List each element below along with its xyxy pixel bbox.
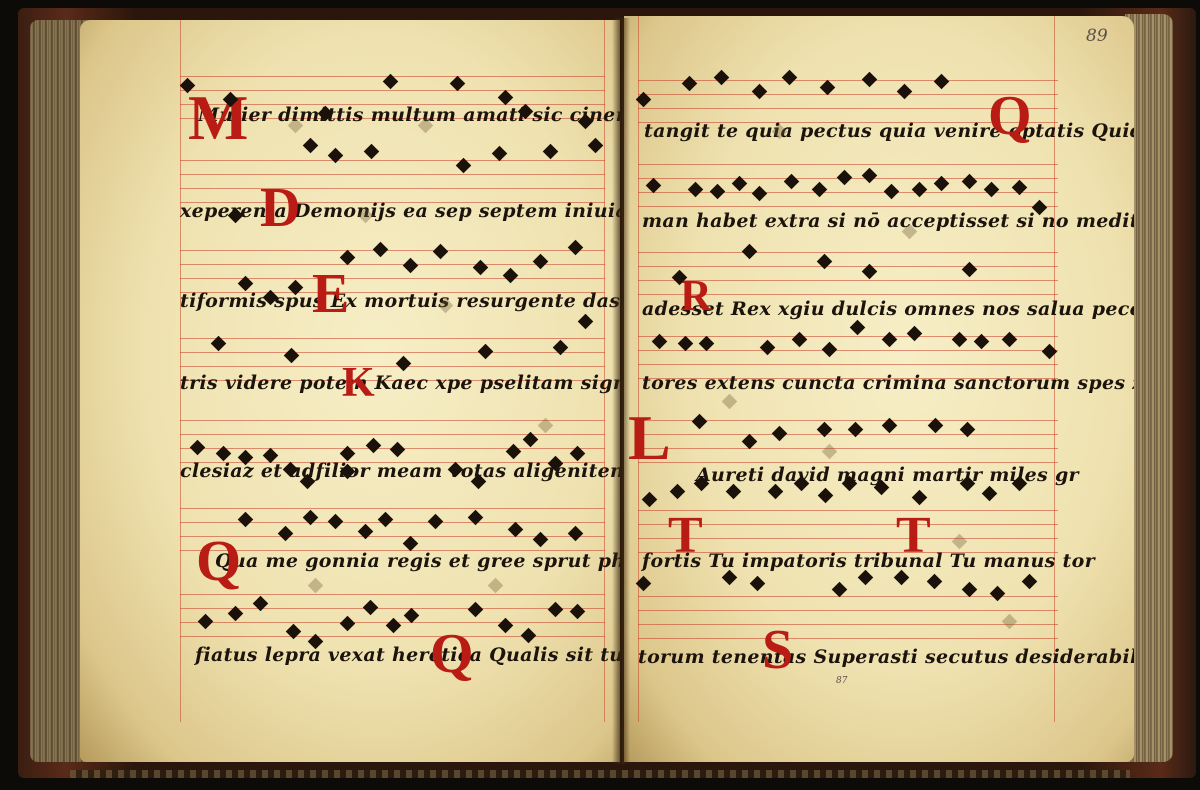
neume bbox=[792, 332, 808, 348]
rubricated-initial-k: K bbox=[342, 362, 375, 404]
neume bbox=[548, 602, 564, 618]
neume bbox=[468, 602, 484, 618]
neume bbox=[1002, 332, 1018, 348]
margin-rule bbox=[180, 20, 181, 722]
neume bbox=[433, 244, 449, 260]
neume bbox=[714, 70, 730, 86]
neume bbox=[498, 618, 514, 634]
staff-line bbox=[180, 636, 605, 637]
neume bbox=[710, 184, 726, 200]
staff-line bbox=[180, 188, 605, 189]
neume bbox=[862, 72, 878, 88]
neume bbox=[396, 356, 412, 372]
staff-line bbox=[638, 336, 1058, 337]
staff-line bbox=[180, 174, 605, 175]
neume bbox=[726, 484, 742, 500]
rubricated-initial-t: T bbox=[668, 510, 703, 562]
neume bbox=[962, 174, 978, 190]
book-gutter bbox=[612, 18, 630, 764]
neume bbox=[768, 484, 784, 500]
staff-line bbox=[638, 266, 1058, 267]
neume bbox=[784, 174, 800, 190]
neume bbox=[521, 628, 537, 644]
text-line: Qua me gonnia regis et gree sprut pharis… bbox=[215, 550, 620, 572]
text-line: fortis Tu impatoris tribunal Tu manus to… bbox=[642, 550, 1095, 572]
staff-line bbox=[638, 610, 1058, 611]
neume bbox=[373, 242, 389, 258]
neume bbox=[688, 182, 704, 198]
neume bbox=[588, 138, 604, 154]
rubricated-initial-d: D bbox=[260, 180, 300, 236]
neume bbox=[990, 586, 1006, 602]
neume bbox=[568, 526, 584, 542]
neume bbox=[1022, 574, 1038, 590]
neume bbox=[508, 522, 524, 538]
neume bbox=[404, 608, 420, 624]
staff-line bbox=[180, 352, 605, 353]
staff-line bbox=[638, 462, 1058, 463]
neume bbox=[533, 254, 549, 270]
neume bbox=[492, 146, 508, 162]
rubricated-initial-t: T bbox=[896, 510, 931, 562]
staff-line bbox=[180, 594, 605, 595]
staff-line bbox=[180, 338, 605, 339]
neume bbox=[678, 336, 694, 352]
text-line: torum tenentas Superasti secutus desider… bbox=[638, 646, 1134, 668]
rubricated-initial-r: R bbox=[680, 274, 712, 318]
neume bbox=[882, 332, 898, 348]
rubricated-initial-q: Q bbox=[430, 626, 474, 682]
neume bbox=[284, 348, 300, 364]
folio-number: 89 bbox=[1086, 26, 1108, 46]
neume bbox=[912, 490, 928, 506]
open-manuscript-book: Mulier dimittis multum amati sic cinem p… bbox=[0, 0, 1200, 790]
neume bbox=[984, 182, 1000, 198]
neume bbox=[670, 484, 686, 500]
neume bbox=[378, 512, 394, 528]
neume bbox=[692, 414, 708, 430]
staff-line bbox=[638, 164, 1058, 165]
neume bbox=[568, 240, 584, 256]
neume bbox=[884, 184, 900, 200]
neume bbox=[837, 170, 853, 186]
neume bbox=[934, 74, 950, 90]
neume bbox=[478, 344, 494, 360]
text-line: tores extens cuncta crimina sanctorum sp… bbox=[642, 372, 1134, 394]
neume bbox=[822, 342, 838, 358]
neume bbox=[962, 262, 978, 278]
text-line: tris videre potem Kaec xpe pselitam sign… bbox=[180, 372, 620, 394]
staff-line bbox=[180, 434, 605, 435]
neume bbox=[386, 618, 402, 634]
neume bbox=[366, 438, 382, 454]
neume bbox=[782, 70, 798, 86]
bleed-through-neume bbox=[822, 444, 838, 460]
rubricated-initial-l: L bbox=[628, 406, 671, 470]
text-line: tangit te quia pectus quia venire optati… bbox=[644, 120, 1134, 142]
neume bbox=[498, 90, 514, 106]
neume bbox=[450, 76, 466, 92]
neume bbox=[912, 182, 928, 198]
staff-line bbox=[638, 206, 1058, 207]
neume bbox=[897, 84, 913, 100]
neume bbox=[543, 144, 559, 160]
neume bbox=[982, 486, 998, 502]
bleed-through-neume bbox=[722, 394, 738, 410]
neume bbox=[473, 260, 489, 276]
staff-line bbox=[638, 638, 1058, 639]
staff-line bbox=[180, 608, 605, 609]
staff-line bbox=[638, 448, 1058, 449]
rubricated-initial-e: E bbox=[312, 266, 349, 322]
neume bbox=[578, 314, 594, 330]
neume bbox=[772, 426, 788, 442]
staff-line bbox=[638, 350, 1058, 351]
neume bbox=[303, 138, 319, 154]
staff-line bbox=[180, 160, 605, 161]
neume bbox=[862, 168, 878, 184]
staff-line bbox=[638, 624, 1058, 625]
bleed-through-neume bbox=[308, 578, 324, 594]
rubricated-initial-q: Q bbox=[988, 88, 1032, 144]
neume bbox=[646, 178, 662, 194]
neume bbox=[364, 144, 380, 160]
text-line: fiatus lepra vexat heretica Qualis sit t… bbox=[195, 644, 620, 666]
neume bbox=[682, 76, 698, 92]
neume bbox=[390, 442, 406, 458]
neume bbox=[403, 536, 419, 552]
staff-line bbox=[638, 434, 1058, 435]
neume bbox=[403, 258, 419, 274]
rubricated-initial-s: S bbox=[762, 622, 793, 678]
neume bbox=[750, 576, 766, 592]
staff-line bbox=[638, 364, 1058, 365]
text-line: adesset Rex xgiu dulcis omnes nos salua … bbox=[642, 298, 1134, 320]
neume bbox=[952, 332, 968, 348]
neume bbox=[752, 84, 768, 100]
neume bbox=[503, 268, 519, 284]
staff-line bbox=[638, 80, 1058, 81]
rubricated-initial-q: Q bbox=[196, 532, 241, 590]
text-line: man habet extra si nō acceptisset si no … bbox=[642, 210, 1134, 232]
neume bbox=[820, 80, 836, 96]
neume bbox=[812, 182, 828, 198]
neume bbox=[722, 570, 738, 586]
staff-line bbox=[180, 366, 605, 367]
neume bbox=[363, 600, 379, 616]
text-line: Mulier dimittis multum amati sic cinem p… bbox=[198, 104, 620, 126]
neume bbox=[190, 440, 206, 456]
folio-note: 87 bbox=[836, 676, 847, 686]
bleed-through-neume bbox=[952, 534, 968, 550]
neume bbox=[570, 604, 586, 620]
bleed-through-neume bbox=[488, 578, 504, 594]
staff-line bbox=[180, 508, 605, 509]
neume bbox=[818, 488, 834, 504]
neume bbox=[760, 340, 776, 356]
neume bbox=[533, 532, 549, 548]
neume bbox=[742, 244, 758, 260]
staff-line bbox=[180, 250, 605, 251]
neume bbox=[428, 514, 444, 530]
neume bbox=[328, 514, 344, 530]
neume bbox=[278, 526, 294, 542]
neume bbox=[642, 492, 658, 508]
bleed-through-neume bbox=[1002, 614, 1018, 630]
neume bbox=[742, 434, 758, 450]
neume bbox=[832, 582, 848, 598]
neume bbox=[506, 444, 522, 460]
neume bbox=[907, 326, 923, 342]
neume bbox=[850, 320, 866, 336]
rubricated-initial-m: M bbox=[188, 86, 248, 150]
bottom-page-edge bbox=[70, 770, 1130, 778]
neume bbox=[238, 512, 254, 528]
neume bbox=[858, 570, 874, 586]
right-page: 89 87 tangit te quia pectus quia venire … bbox=[624, 16, 1134, 762]
neume bbox=[752, 186, 768, 202]
text-line: xeperenia Demonijs ea sep septem iniuias… bbox=[180, 200, 620, 222]
neume bbox=[198, 614, 214, 630]
left-page: Mulier dimittis multum amati sic cinem p… bbox=[80, 20, 620, 762]
neume bbox=[894, 570, 910, 586]
staff-line bbox=[638, 252, 1058, 253]
neume bbox=[962, 582, 978, 598]
text-line: tiformis spus Ex mortuis resurgente das … bbox=[180, 290, 620, 312]
neume bbox=[927, 574, 943, 590]
neume bbox=[340, 616, 356, 632]
neume bbox=[699, 336, 715, 352]
